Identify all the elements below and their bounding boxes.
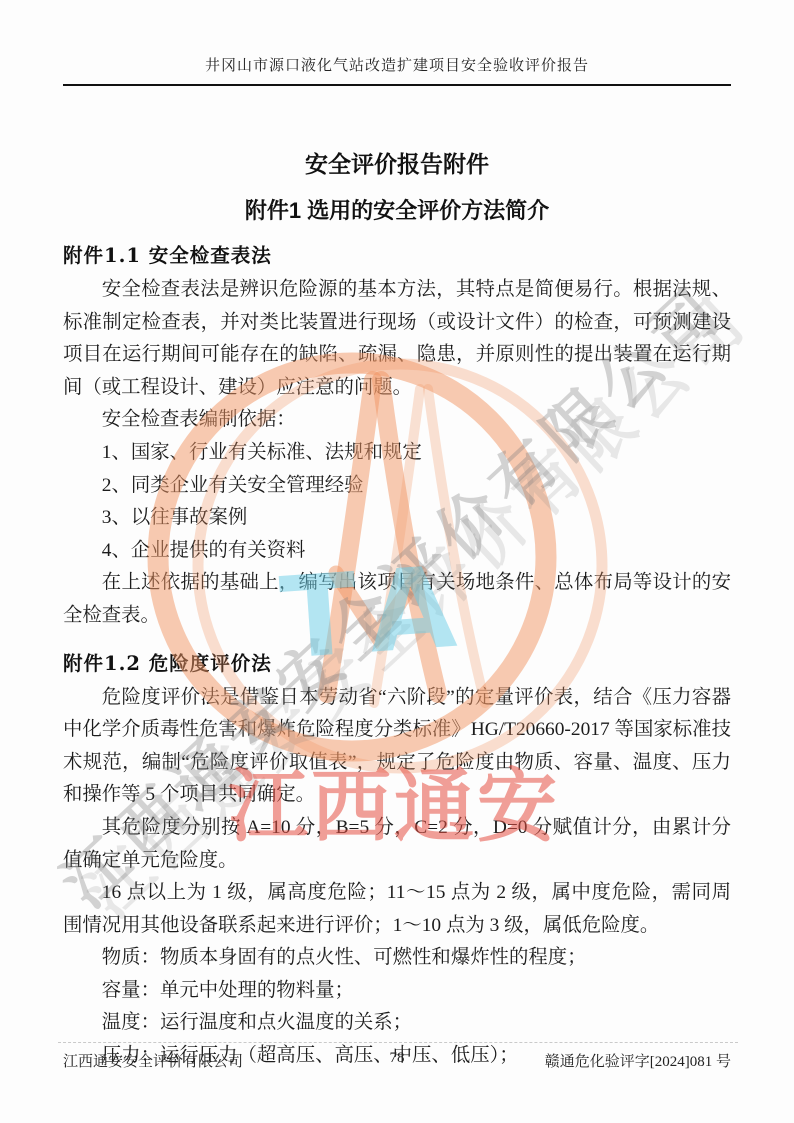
definition-line: 物质：物质本身固有的点火性、可燃性和爆炸性的程度； xyxy=(63,942,731,975)
document-page: 井冈山市源口液化气站改造扩建项目安全验收评价报告 安全评价报告附件 附件1 选用… xyxy=(0,0,794,1123)
page-header: 井冈山市源口液化气站改造扩建项目安全验收评价报告 xyxy=(0,54,794,75)
definition-line: 容量：单元中处理的物料量； xyxy=(63,975,731,1008)
paragraph: 危险度评价法是借鉴日本劳动省“六阶段”的定量评价表，结合《压力容器中化学介质毒性… xyxy=(63,682,731,812)
page-subtitle: 附件1 选用的安全评价方法简介 xyxy=(63,194,731,225)
list-item: 4、企业提供的有关资料 xyxy=(63,535,731,568)
section-heading-1-2: 附件1.2 危险度评价法 xyxy=(63,648,731,676)
list-item: 3、以往事故案例 xyxy=(63,502,731,535)
header-rule xyxy=(63,84,731,86)
footer-doc-number: 赣通危化验评字[2024]081 号 xyxy=(545,1050,731,1071)
paragraph: 安全检查表法是辨识危险源的基本方法，其特点是简便易行。根据法规、标准制定检查表，… xyxy=(63,274,731,404)
list-item: 1、国家、行业有关标准、法规和规定 xyxy=(63,437,731,470)
section-heading-1-1: 附件1.1 安全检查表法 xyxy=(63,240,731,268)
paragraph: 其危险度分别按 A=10 分，B=5 分，C=2 分，D=0 分赋值计分，由累计… xyxy=(63,812,731,877)
document-body: 安全评价报告附件 附件1 选用的安全评价方法简介 附件1.1 安全检查表法 安全… xyxy=(63,120,731,1073)
page-title: 安全评价报告附件 xyxy=(63,146,731,179)
definition-line: 温度：运行温度和点火温度的关系； xyxy=(63,1007,731,1040)
paragraph: 16 点以上为 1 级，属高度危险；11～15 点为 2 级，属中度危险，需同周… xyxy=(63,877,731,942)
paragraph: 在上述依据的基础上，编写出该项目有关场地条件、总体布局等设计的安全检查表。 xyxy=(63,567,731,632)
paragraph: 安全检查表编制依据： xyxy=(63,404,731,437)
list-item: 2、同类企业有关安全管理经验 xyxy=(63,470,731,503)
